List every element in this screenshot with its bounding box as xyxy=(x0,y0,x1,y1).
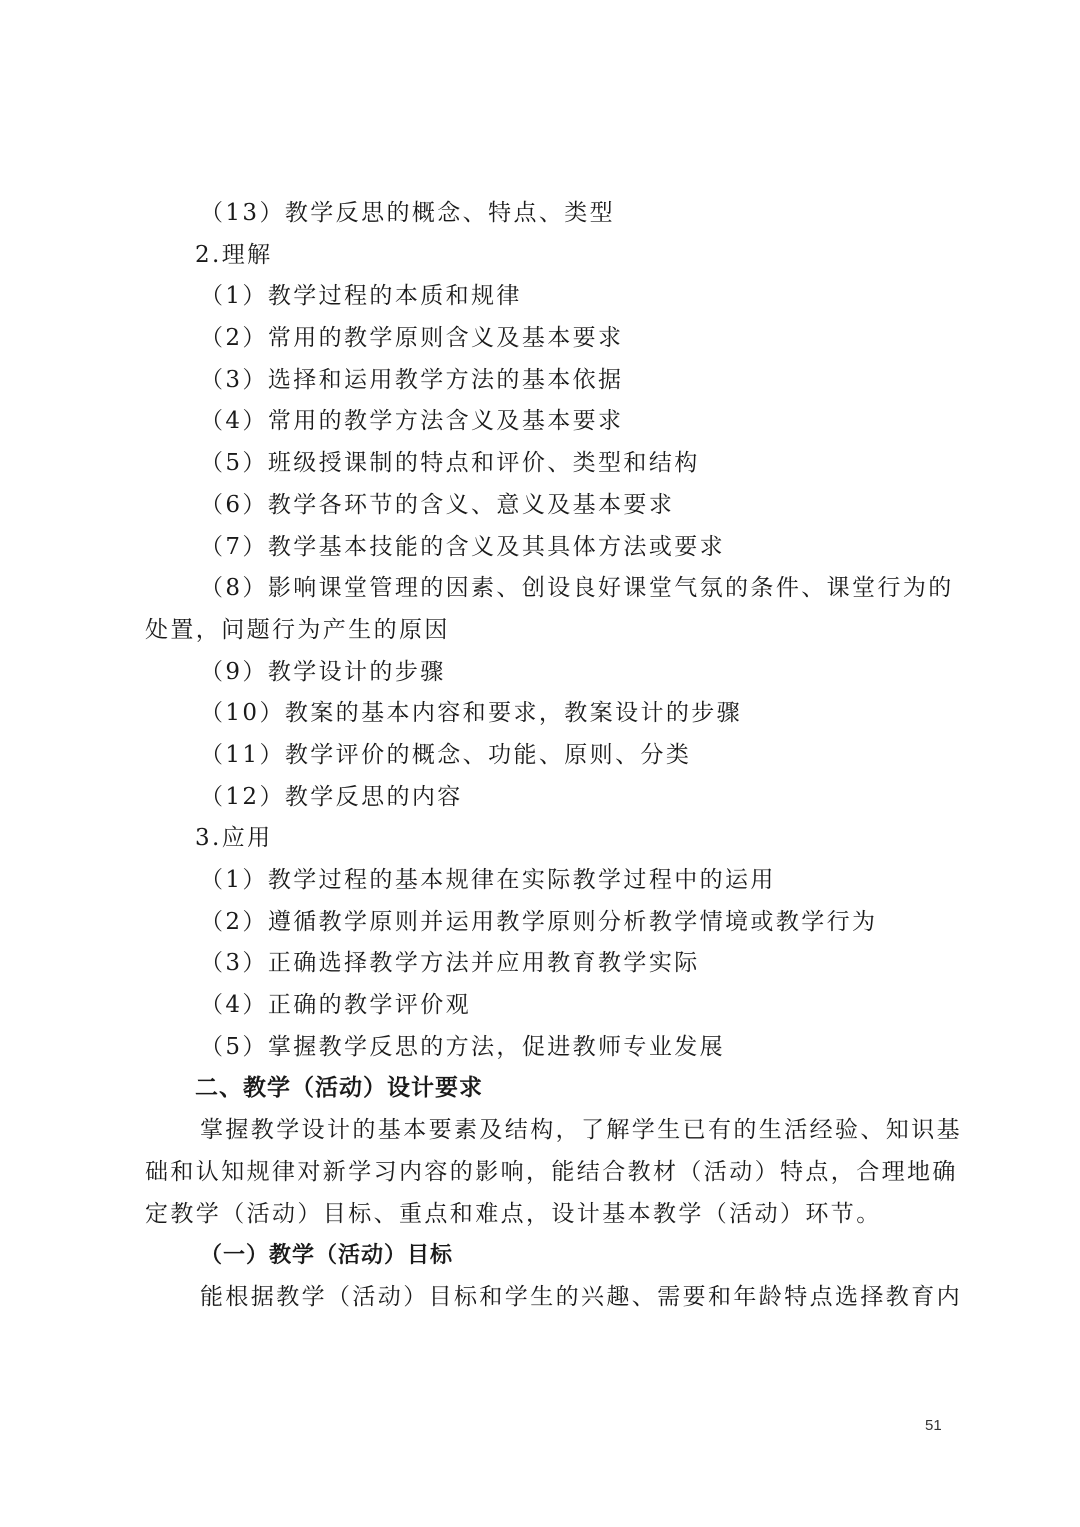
list-item: （4）正确的教学评价观 xyxy=(145,985,947,1027)
list-item: （2）遵循教学原则并运用教学原则分析教学情境或教学行为 xyxy=(145,902,947,944)
document-page: （13）教学反思的概念、特点、类型 2.理解 （1）教学过程的本质和规律 （2）… xyxy=(145,193,947,1319)
list-item: （11）教学评价的概念、功能、原则、分类 xyxy=(145,735,947,777)
paragraph-line: 能根据教学（活动）目标和学生的兴趣、需要和年龄特点选择教育内 xyxy=(145,1277,947,1319)
list-item: （5）班级授课制的特点和评价、类型和结构 xyxy=(145,443,947,485)
list-item: （1）教学过程的基本规律在实际教学过程中的运用 xyxy=(145,860,947,902)
list-item: （3）正确选择教学方法并应用教育教学实际 xyxy=(145,943,947,985)
list-item-continuation: 处置，问题行为产生的原因 xyxy=(145,610,947,652)
list-item: （2）常用的教学原则含义及基本要求 xyxy=(145,318,947,360)
list-item: （4）常用的教学方法含义及基本要求 xyxy=(145,401,947,443)
section-heading-understand: 2.理解 xyxy=(145,235,947,277)
section-heading-apply: 3.应用 xyxy=(145,818,947,860)
list-item-understand-13: （13）教学反思的概念、特点、类型 xyxy=(145,193,947,235)
list-item: （6）教学各环节的含义、意义及基本要求 xyxy=(145,485,947,527)
list-item: （3）选择和运用教学方法的基本依据 xyxy=(145,360,947,402)
list-item: （5）掌握教学反思的方法，促进教师专业发展 xyxy=(145,1027,947,1069)
list-item: （9）教学设计的步骤 xyxy=(145,652,947,694)
list-item: （12）教学反思的内容 xyxy=(145,777,947,819)
subsection-heading-objectives: （一）教学（活动）目标 xyxy=(145,1235,947,1277)
section-heading-design-requirements: 二、教学（活动）设计要求 xyxy=(145,1068,947,1110)
page-number: 51 xyxy=(925,1417,942,1434)
list-item: （1）教学过程的本质和规律 xyxy=(145,276,947,318)
paragraph-line: 定教学（活动）目标、重点和难点，设计基本教学（活动）环节。 xyxy=(145,1194,947,1236)
list-item: （10）教案的基本内容和要求，教案设计的步骤 xyxy=(145,693,947,735)
list-item: （8）影响课堂管理的因素、创设良好课堂气氛的条件、课堂行为的 xyxy=(145,568,947,610)
paragraph-line: 础和认知规律对新学习内容的影响，能结合教材（活动）特点，合理地确 xyxy=(145,1152,947,1194)
list-item: （7）教学基本技能的含义及其具体方法或要求 xyxy=(145,527,947,569)
paragraph-line: 掌握教学设计的基本要素及结构，了解学生已有的生活经验、知识基 xyxy=(145,1110,947,1152)
